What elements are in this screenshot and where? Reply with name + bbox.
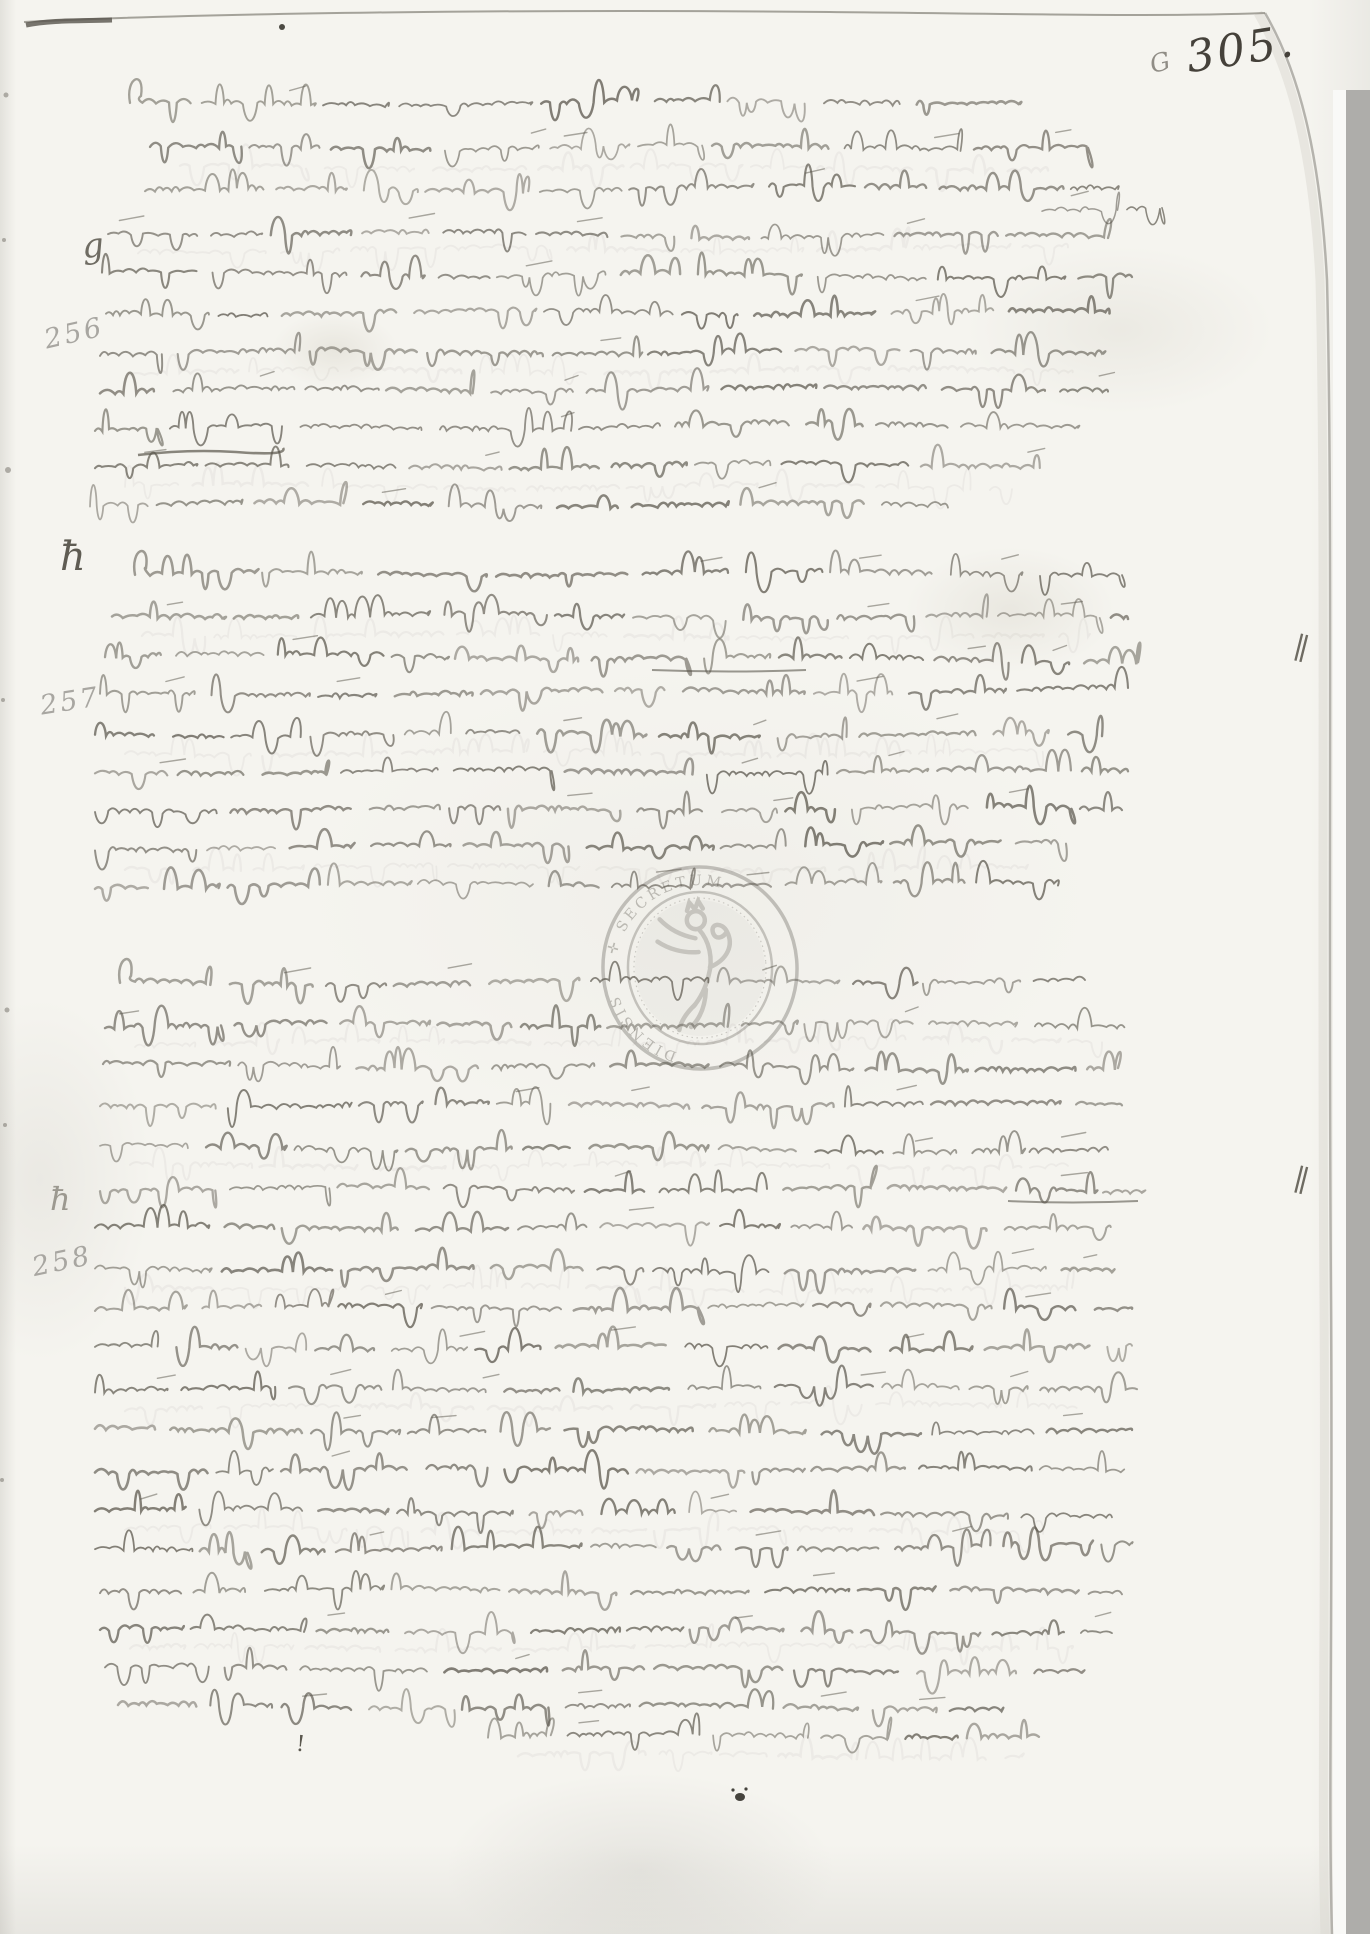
bleedthrough-stroke [390, 1026, 444, 1043]
handwritten-word [942, 375, 1045, 408]
handwritten-word [536, 232, 607, 237]
handwritten-word [230, 806, 350, 829]
top-edge [24, 11, 1265, 22]
pen-flourish [260, 372, 274, 376]
handwritten-word [323, 102, 389, 107]
underline-mark [652, 670, 806, 672]
handwritten-word [100, 1177, 216, 1207]
handwritten-word [95, 1331, 158, 1347]
handwritten-word [893, 1134, 956, 1155]
handwritten-word [427, 350, 543, 366]
bleedthrough-stroke [1017, 1391, 1077, 1408]
bleedthrough-stroke [553, 632, 607, 651]
bleedthrough-stroke [480, 354, 586, 384]
handwritten-word [336, 1533, 442, 1553]
handwritten-word [794, 1669, 898, 1687]
handwritten-word [408, 1415, 486, 1434]
handwritten-word [704, 639, 770, 673]
pen-flourish [1095, 1612, 1110, 1616]
pen-flourish [937, 714, 958, 719]
handwritten-word [992, 332, 1106, 366]
handwritten-word [648, 333, 781, 365]
pen-flourish [483, 1374, 499, 1377]
adjacent-page-edge [1346, 90, 1370, 1934]
bleedthrough-stroke [130, 1644, 185, 1650]
handwritten-word [592, 656, 691, 677]
handwritten-word [865, 171, 926, 189]
bleedthrough-stroke [793, 1526, 852, 1531]
handwritten-word [1111, 614, 1128, 619]
bleedthrough-stroke [659, 1750, 711, 1771]
handwritten-word [246, 1333, 307, 1366]
handwritten-word [181, 1371, 275, 1399]
handwritten-word [100, 352, 162, 374]
handwritten-word [491, 389, 573, 405]
handwritten-word [866, 1052, 968, 1084]
handwritten-word [695, 460, 771, 479]
handwritten-word [1081, 1630, 1112, 1633]
handwritten-word [721, 829, 786, 848]
bleedthrough-stroke [889, 366, 1015, 373]
handwritten-word [890, 1332, 972, 1352]
handwritten-word [1040, 563, 1125, 595]
handwritten-word [720, 1210, 780, 1228]
handwritten-word [508, 806, 620, 828]
handwritten-word [222, 1252, 332, 1272]
handwritten-word [438, 1022, 512, 1040]
handwritten-word [779, 637, 842, 658]
handwritten-line [95, 1327, 1132, 1367]
pen-flourish [711, 1494, 728, 1498]
handwritten-word [176, 1327, 237, 1366]
page-gap [1333, 90, 1346, 1934]
handwritten-word [852, 795, 968, 824]
handwritten-word [579, 423, 660, 430]
handwritten-word [1016, 1172, 1098, 1202]
bleedthrough-stroke [352, 367, 462, 382]
handwritten-line [106, 294, 1110, 332]
handwritten-word [95, 847, 196, 869]
handwritten-word [362, 230, 429, 234]
handwritten-word [859, 731, 975, 737]
handwritten-word [769, 164, 855, 201]
handwritten-word [228, 1090, 352, 1127]
pen-flourish [861, 1372, 885, 1375]
handwritten-word [698, 253, 802, 295]
handwritten-word [632, 501, 729, 507]
bleedthrough-stroke [1022, 244, 1068, 265]
handwritten-word [795, 347, 899, 366]
handwritten-word [654, 1665, 782, 1687]
pen-flourish [1071, 191, 1088, 195]
handwritten-word [667, 1545, 720, 1561]
bleedthrough-stroke [719, 1642, 834, 1662]
handwritten-word [311, 595, 430, 618]
pen-flourish [328, 1613, 345, 1615]
bleedthrough-stroke [924, 1024, 1002, 1054]
handwritten-word [95, 1469, 208, 1490]
handwritten-word [238, 1047, 340, 1082]
handwritten-word [521, 1005, 600, 1046]
pen-flourish [736, 1616, 753, 1618]
handwritten-word [425, 174, 529, 210]
handwritten-word [961, 412, 1080, 428]
handwritten-word [1103, 1190, 1145, 1194]
handwritten-line [103, 1047, 1121, 1084]
handwritten-word [170, 1418, 302, 1449]
handwritten-word [475, 1328, 540, 1362]
handwritten-word [1017, 667, 1128, 691]
handwritten-word [331, 138, 430, 168]
manuscript-page: ✛ SECRETUM DIENSIS [0, 0, 1370, 1934]
handwritten-word [392, 654, 450, 672]
bleedthrough-stroke [751, 149, 809, 169]
pen-flourish [897, 1085, 916, 1089]
handwritten-word [444, 1185, 574, 1207]
handwritten-word [230, 1185, 330, 1205]
bleedthrough-stroke [1012, 1038, 1060, 1042]
handwritten-word [281, 1453, 407, 1490]
bleedthrough-stroke [1023, 369, 1073, 385]
handwritten-word [300, 1666, 427, 1691]
handwritten-word [550, 128, 629, 159]
handwritten-word [409, 464, 501, 470]
handwritten-word [150, 132, 242, 163]
bleedthrough-stroke [351, 247, 440, 270]
handwritten-line [100, 1166, 1145, 1208]
handwritten-word [338, 1303, 422, 1327]
handwritten-line [102, 253, 1132, 298]
handwritten-line [129, 79, 1021, 122]
handwritten-line [95, 1412, 1132, 1454]
handwritten-word [1005, 1214, 1111, 1240]
pen-flourish [1012, 1249, 1033, 1253]
handwritten-word [612, 462, 687, 477]
bleedthrough-stroke [433, 166, 526, 172]
pen-flourish [285, 968, 311, 973]
bleedthrough-stroke [919, 734, 1043, 767]
bleedthrough-stroke [262, 752, 318, 772]
handwritten-word [504, 1450, 628, 1488]
handwritten-word [100, 373, 154, 394]
handwritten-word [191, 1615, 307, 1632]
handwritten-word [863, 1217, 986, 1249]
handwritten-word [100, 1625, 184, 1643]
handwritten-word [682, 312, 738, 329]
handwritten-word [845, 129, 963, 151]
handwritten-word [356, 1047, 478, 1081]
handwritten-word [882, 1370, 959, 1390]
handwritten-word [563, 1650, 644, 1679]
pen-flourish [920, 1697, 945, 1699]
handwritten-word [972, 1131, 1025, 1153]
bleedthrough-stroke [305, 1645, 380, 1652]
handwritten-word [157, 500, 243, 506]
binding-specks [0, 93, 11, 1483]
handwritten-word [210, 1690, 272, 1725]
handwritten-line [108, 214, 1111, 256]
handwritten-word [1082, 757, 1128, 773]
handwritten-word [950, 1587, 1078, 1603]
handwritten-word [95, 1290, 187, 1311]
handwritten-word [638, 124, 704, 160]
handwritten-word [743, 604, 827, 633]
pen-flourish [1053, 646, 1066, 651]
bleedthrough-stroke [649, 1268, 744, 1307]
handwritten-word [305, 386, 379, 392]
handwritten-word [207, 846, 275, 851]
handwritten-word [418, 880, 533, 899]
bleedthrough-stroke [125, 1406, 202, 1425]
handwritten-word [340, 1006, 430, 1037]
pen-flourish [382, 489, 405, 493]
handwritten-word [553, 336, 643, 356]
pen-flourish [344, 1415, 360, 1418]
pen-flourish [747, 873, 769, 875]
handwritten-word [591, 1544, 656, 1548]
handwritten-word [746, 552, 823, 592]
pen-flourish [120, 1011, 139, 1014]
handwritten-word [95, 771, 167, 789]
archive-stamp: ✛ SECRETUM DIENSIS [595, 859, 806, 1077]
bleedthrough-stroke [142, 617, 205, 656]
handwritten-word [276, 173, 347, 191]
handwritten-word [967, 1720, 1039, 1738]
handwritten-word [440, 408, 572, 447]
handwritten-word [881, 1512, 1008, 1531]
handwritten-word [736, 1547, 788, 1567]
handwritten-word [921, 445, 1040, 469]
handwritten-line [95, 1366, 1137, 1406]
handwritten-word [1084, 643, 1140, 665]
handwritten-word [263, 761, 330, 776]
bleedthrough-stroke [522, 1266, 569, 1288]
bleedthrough-stroke [214, 618, 296, 638]
bleedthrough-stroke [217, 1403, 339, 1427]
bleedthrough-stroke [807, 366, 870, 384]
pen-flourish [857, 676, 883, 681]
handwritten-word [573, 1378, 669, 1393]
handwritten-word [876, 422, 948, 427]
handwritten-word [631, 1590, 749, 1595]
handwritten-word [317, 1628, 389, 1633]
handwritten-word [540, 188, 622, 209]
handwritten-word [568, 1713, 700, 1750]
handwritten-word [307, 463, 396, 469]
handwritten-word [905, 1734, 958, 1739]
handwritten-word [888, 1185, 1006, 1191]
handwritten-word [637, 792, 702, 829]
handwritten-word [822, 1431, 921, 1454]
pen-flourish [157, 1375, 175, 1378]
pen-flourish [119, 216, 143, 221]
handwritten-word [813, 1302, 871, 1315]
handwritten-word [337, 1168, 429, 1189]
handwritten-word [262, 552, 362, 587]
bleedthrough-stroke [627, 473, 758, 501]
bleedthrough-stroke [736, 636, 848, 641]
bleedthrough-stroke [373, 1166, 445, 1170]
bleedthrough-stroke [1059, 619, 1090, 652]
handwritten-word [364, 170, 418, 204]
handwritten-word [359, 1101, 423, 1122]
handwritten-word [289, 1385, 381, 1404]
handwritten-word [708, 1302, 803, 1308]
bleedthrough-stroke [224, 1508, 346, 1543]
handwritten-word [489, 978, 579, 1001]
handwritten-word [271, 217, 352, 254]
pen-flourish [774, 798, 793, 801]
handwritten-word [318, 693, 376, 698]
handwritten-word [311, 1412, 400, 1450]
handwritten-word [100, 1589, 181, 1609]
bleedthrough-stroke [1005, 1753, 1023, 1758]
pen-flourish [516, 1655, 529, 1659]
handwritten-word [230, 968, 313, 1003]
handwritten-word [1034, 977, 1085, 982]
bleedthrough-stroke [943, 1155, 1022, 1188]
bleedthrough-stroke [444, 1265, 507, 1288]
paragraph-mark: g [80, 225, 106, 267]
pen-flourish [908, 219, 925, 224]
bleedthrough-stroke [876, 1392, 1001, 1408]
handwritten-word [556, 1327, 666, 1348]
pen-flourish [1061, 1173, 1087, 1176]
handwritten-word [775, 1366, 873, 1406]
handwritten-word [178, 333, 301, 370]
handwritten-word [992, 1620, 1064, 1635]
handwritten-word [282, 1693, 352, 1724]
pen-flourish [601, 338, 621, 341]
pen-flourish [409, 214, 434, 219]
handwritten-word [173, 373, 294, 392]
handwritten-word [590, 1132, 709, 1160]
handwritten-word [722, 808, 777, 822]
handwritten-word [394, 981, 470, 987]
bleedthrough-stroke [402, 734, 529, 754]
handwritten-word [937, 750, 1071, 772]
handwritten-word [432, 1305, 561, 1326]
pen-flourish [1002, 555, 1019, 559]
handwritten-word [164, 867, 220, 889]
pen-flourish [486, 452, 499, 455]
handwritten-word [1040, 1372, 1137, 1402]
handwritten-word [1047, 1429, 1133, 1434]
handwritten-word [249, 134, 319, 166]
bleedthrough-stroke [983, 633, 1044, 638]
handwritten-word [1040, 1451, 1125, 1472]
handwritten-word [518, 1213, 587, 1229]
handwritten-word [890, 825, 1000, 856]
handwritten-word [691, 226, 749, 240]
handwritten-word [655, 85, 720, 102]
handwritten-word [363, 501, 433, 506]
handwritten-word [541, 80, 638, 120]
handwritten-word [544, 295, 673, 325]
bleedthrough-stroke [314, 616, 443, 638]
handwritten-line [150, 124, 1093, 168]
handwritten-word [119, 959, 211, 985]
handwritten-word [850, 644, 923, 660]
handwritten-word [1016, 840, 1067, 861]
pen-flourish [1026, 1293, 1051, 1297]
handwritten-word [683, 675, 805, 694]
handwritten-word [95, 1375, 168, 1393]
handwritten-word [845, 1086, 923, 1107]
handwritten-word [895, 1530, 990, 1566]
handwritten-word [225, 1224, 275, 1229]
handwritten-word [881, 1302, 992, 1320]
bleedthrough-stroke [130, 355, 239, 375]
bleedthrough-stroke [527, 485, 619, 491]
pen-flourish [906, 1334, 923, 1337]
handwritten-word [414, 308, 536, 329]
handwritten-word [557, 495, 618, 508]
handwritten-line [95, 445, 1045, 483]
handwritten-word [95, 1491, 186, 1512]
handwritten-word [105, 1663, 209, 1685]
bleedthrough-stroke [193, 848, 241, 871]
underline-mark [1008, 1201, 1138, 1203]
handwritten-word [987, 786, 1075, 824]
handwritten-word [1060, 387, 1108, 392]
pen-flourish [337, 678, 360, 682]
handwritten-word [509, 1571, 616, 1610]
strikethrough-mark [138, 448, 283, 455]
handwritten-word [597, 1266, 643, 1284]
handwritten-word [785, 792, 835, 822]
handwritten-word [105, 642, 161, 668]
handwritten-word [216, 1451, 273, 1485]
bleedthrough-stroke [592, 1528, 646, 1533]
handwritten-word [202, 1291, 261, 1309]
handwritten-word [370, 805, 440, 810]
handwritten-word [95, 885, 148, 901]
handwritten-word [492, 1063, 594, 1078]
handwritten-word [791, 1212, 852, 1230]
handwritten-word [234, 615, 298, 619]
handwritten-word [454, 766, 555, 790]
paragraph-mark: ħ [60, 534, 86, 580]
handwritten-word [134, 551, 258, 589]
bleedthrough-stroke [839, 846, 925, 882]
handwritten-word [1068, 716, 1102, 752]
handwritten-word [765, 1587, 849, 1592]
handwritten-word [798, 1546, 879, 1551]
handwritten-word [439, 275, 490, 279]
handwritten-word [393, 1370, 486, 1393]
handwritten-word [95, 1530, 192, 1551]
handwritten-word [782, 461, 909, 482]
handwritten-word [818, 274, 926, 292]
handwritten-word [341, 1248, 473, 1287]
bleedthrough-stroke [452, 1040, 531, 1045]
handwritten-word [685, 1343, 767, 1366]
handwritten-word [537, 720, 646, 753]
bleedthrough-stroke [868, 616, 973, 653]
handwritten-word [445, 145, 539, 166]
handwritten-word [1127, 207, 1165, 225]
handwritten-word [858, 1586, 936, 1609]
bleedthrough-stroke [322, 469, 437, 503]
pen-flourish [1011, 1372, 1028, 1377]
handwritten-word [1004, 1289, 1075, 1320]
handwritten-word [102, 254, 197, 288]
ink-blot [731, 1787, 747, 1801]
handwritten-word [950, 1707, 1004, 1711]
handwritten-word [1089, 1591, 1122, 1595]
handwritten-line [100, 368, 1114, 409]
